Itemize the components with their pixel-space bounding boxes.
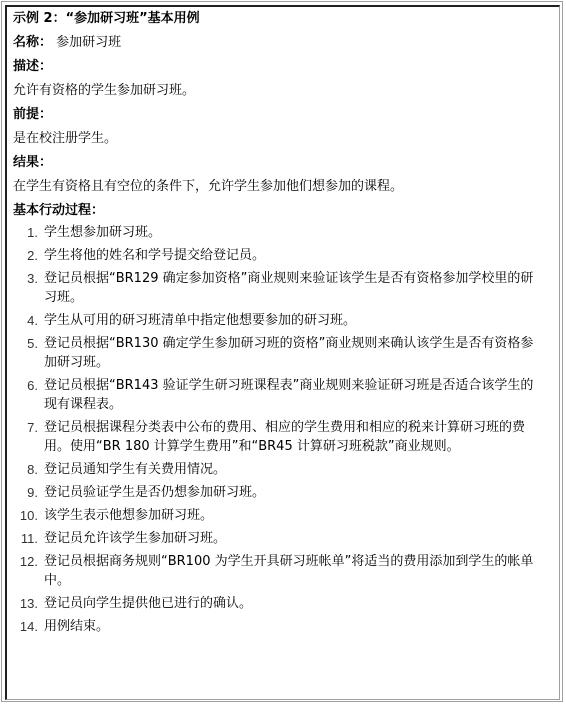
basic-flow-label: 基本行动过程： [13,203,553,219]
step-text: 登记员根据“BR130 确定学生参加研习班的资格”商业规则来确认该学生是否有资格… [44,334,546,372]
step-text: 登记员向学生提供他已进行的确认。 [44,594,546,613]
list-item: 6.登记员根据“BR143 验证学生研习班课程表”商业规则来验证研习班是否适合该… [13,376,553,414]
step-text: 登记员根据“BR129 确定参加资格”商业规则来验证该学生是否有资格参加学校里的… [44,269,546,307]
list-item: 13.登记员向学生提供他已进行的确认。 [13,594,553,613]
step-text: 登记员根据课程分类表中公布的费用、相应的学生费用和相应的税来计算研习班的费用。使… [44,418,546,456]
step-number: 5. [13,334,44,372]
step-number: 8. [13,460,44,479]
step-number: 9. [13,483,44,502]
step-text: 登记员通知学生有关费用情况。 [44,460,546,479]
step-text: 该学生表示他想参加研习班。 [44,506,546,525]
step-text: 登记员允许该学生参加研习班。 [44,529,546,548]
step-number: 13. [13,594,44,613]
precondition-text: 是在校注册学生。 [13,131,553,147]
precondition-label: 前提： [13,107,553,123]
use-case-document: 示例 2：“参加研习班”基本用例 名称： 参加研习班 描述： 允许有资格的学生参… [5,5,560,700]
name-row: 名称： 参加研习班 [13,35,553,51]
list-item: 11.登记员允许该学生参加研习班。 [13,529,553,548]
list-item: 1.学生想参加研习班。 [13,223,553,242]
step-number: 1. [13,223,44,242]
list-item: 4.学生从可用的研习班清单中指定他想要参加的研习班。 [13,311,553,330]
result-label: 结果： [13,155,553,171]
description-label: 描述： [13,59,553,75]
step-number: 7. [13,418,44,456]
step-text: 登记员根据商务规则“BR100 为学生开具研习班帐单”将适当的费用添加到学生的帐… [44,552,546,590]
step-number: 2. [13,246,44,265]
list-item: 8.登记员通知学生有关费用情况。 [13,460,553,479]
step-text: 用例结束。 [44,617,546,636]
step-text: 学生将他的姓名和学号提交给登记员。 [44,246,546,265]
result-text: 在学生有资格且有空位的条件下，允许学生参加他们想参加的课程。 [13,179,553,195]
step-text: 登记员验证学生是否仍想参加研习班。 [44,483,546,502]
step-number: 12. [13,552,44,590]
step-text: 学生从可用的研习班清单中指定他想要参加的研习班。 [44,311,546,330]
step-number: 10. [13,506,44,525]
list-item: 10.该学生表示他想参加研习班。 [13,506,553,525]
basic-flow-steps: 1.学生想参加研习班。 2.学生将他的姓名和学号提交给登记员。 3.登记员根据“… [13,223,553,636]
step-number: 11. [13,529,44,548]
list-item: 2.学生将他的姓名和学号提交给登记员。 [13,246,553,265]
description-text: 允许有资格的学生参加研习班。 [13,83,553,99]
step-number: 6. [13,376,44,414]
list-item: 12.登记员根据商务规则“BR100 为学生开具研习班帐单”将适当的费用添加到学… [13,552,553,590]
name-value: 参加研习班 [56,35,121,50]
step-text: 学生想参加研习班。 [44,223,546,242]
list-item: 3.登记员根据“BR129 确定参加资格”商业规则来验证该学生是否有资格参加学校… [13,269,553,307]
step-number: 14. [13,617,44,636]
name-label: 名称： [13,35,52,50]
list-item: 5.登记员根据“BR130 确定学生参加研习班的资格”商业规则来确认该学生是否有… [13,334,553,372]
step-number: 3. [13,269,44,307]
document-title: 示例 2：“参加研习班”基本用例 [13,11,553,27]
step-text: 登记员根据“BR143 验证学生研习班课程表”商业规则来验证研习班是否适合该学生… [44,376,546,414]
list-item: 7.登记员根据课程分类表中公布的费用、相应的学生费用和相应的税来计算研习班的费用… [13,418,553,456]
list-item: 14.用例结束。 [13,617,553,636]
step-number: 4. [13,311,44,330]
list-item: 9.登记员验证学生是否仍想参加研习班。 [13,483,553,502]
